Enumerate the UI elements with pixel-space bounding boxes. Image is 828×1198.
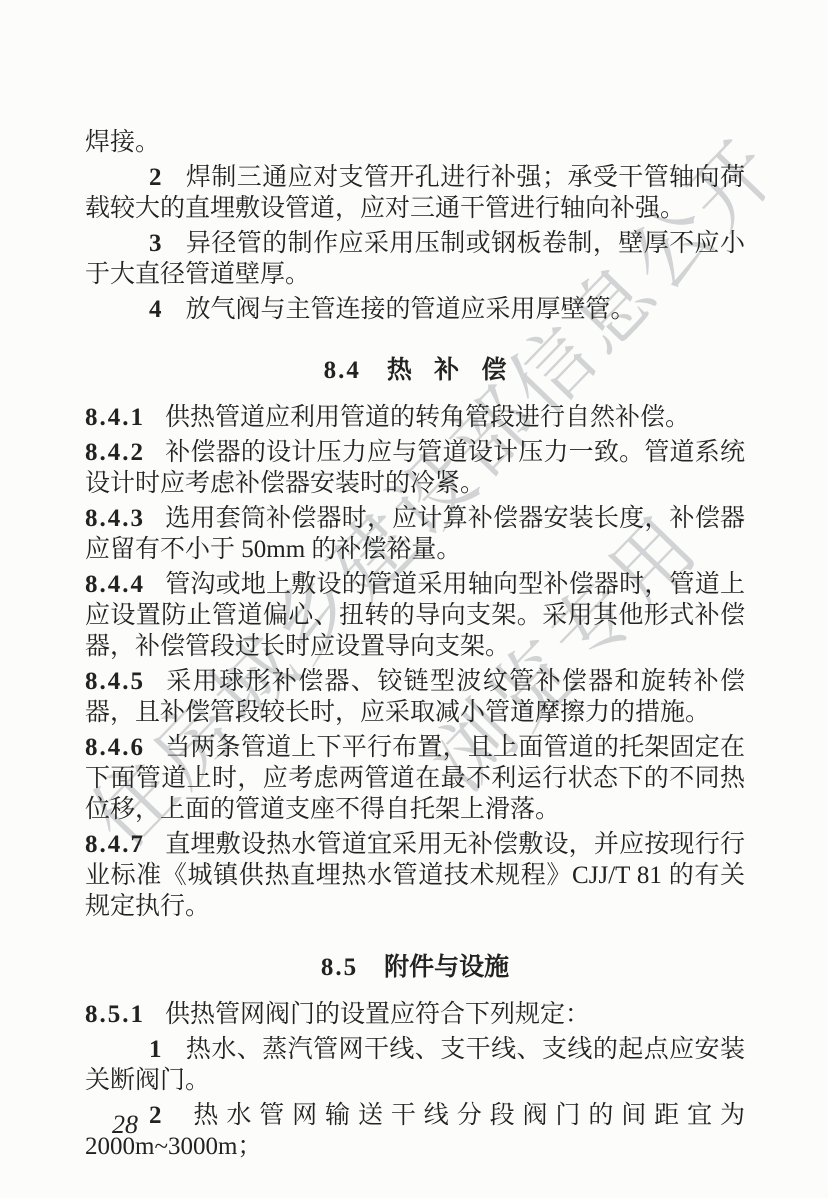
clause-text: 当两条管道上下平行布置，且上面管道的托架固定在下面管道上时，应考虑两管道在最不利… — [85, 734, 745, 823]
page-number: 28 — [112, 1108, 138, 1142]
clause-number: 8.4.2 — [85, 439, 145, 466]
section-heading: 8.4热 补 偿 — [85, 355, 745, 386]
numbered-item: 4放气阀与主管连接的管道应采用厚壁管。 — [85, 294, 745, 325]
document-page: 住房城乡建设部信息公开 浏览专用 焊接。 2焊制三通应对支管开孔进行补强；承受干… — [0, 0, 828, 1198]
clause-number: 8.4.3 — [85, 505, 145, 532]
section-heading: 8.5附件与设施 — [85, 952, 745, 983]
clause-number: 8.4.7 — [85, 831, 145, 858]
item-number: 3 — [149, 230, 162, 257]
item-number: 4 — [149, 296, 162, 323]
section-number: 8.4 — [324, 357, 361, 384]
numbered-item: 2热水管网输送干线分段阀门的间距宜为 2000m~3000m； — [85, 1100, 745, 1162]
clause: 8.4.4管沟或地上敷设的管道采用轴向型补偿器时，管道上应设置防止管道偏心、扭转… — [85, 569, 745, 662]
item-number: 2 — [149, 1102, 162, 1129]
clause: 8.4.7直埋敷设热水管道宜采用无补偿敷设，并应按现行行业标准《城镇供热直埋热水… — [85, 829, 745, 922]
clause: 8.4.3选用套筒补偿器时，应计算补偿器安装长度，补偿器应留有不小于 50mm … — [85, 503, 745, 565]
section-title: 附件与设施 — [384, 954, 509, 981]
paragraph-continuation: 焊接。 — [85, 127, 745, 158]
item-number: 2 — [149, 164, 162, 191]
clause-text: 供热管网阀门的设置应符合下列规定： — [165, 1001, 590, 1028]
clause: 8.4.6当两条管道上下平行布置，且上面管道的托架固定在下面管道上时，应考虑两管… — [85, 732, 745, 825]
clause-text: 补偿器的设计压力应与管道设计压力一致。管道系统设计时应考虑补偿器安装时的冷紧。 — [85, 439, 745, 497]
numbered-item: 3异径管的制作应采用压制或钢板卷制，壁厚不应小于大直径管道壁厚。 — [85, 228, 745, 290]
item-text: 异径管的制作应采用压制或钢板卷制，壁厚不应小于大直径管道壁厚。 — [85, 230, 745, 288]
page-content: 焊接。 2焊制三通应对支管开孔进行补强；承受干管轴向荷载较大的直埋敷设管道，应对… — [85, 127, 745, 1162]
clause: 8.4.1供热管道应利用管道的转角管段进行自然补偿。 — [85, 402, 745, 433]
clause-number: 8.4.1 — [85, 404, 145, 431]
clause-text: 采用球形补偿器、铰链型波纹管补偿器和旋转补偿器，且补偿管段较长时，应采取减小管道… — [85, 668, 745, 726]
section-title: 热 补 偿 — [387, 357, 507, 384]
clause-text: 供热管道应利用管道的转角管段进行自然补偿。 — [165, 404, 690, 431]
item-text: 焊制三通应对支管开孔进行补强；承受干管轴向荷载较大的直埋敷设管道，应对三通干管进… — [85, 164, 745, 222]
clause: 8.5.1供热管网阀门的设置应符合下列规定： — [85, 999, 745, 1030]
item-text: 放气阀与主管连接的管道应采用厚壁管。 — [186, 296, 636, 323]
clause-text: 直埋敷设热水管道宜采用无补偿敷设，并应按现行行业标准《城镇供热直埋热水管道技术规… — [85, 831, 745, 920]
item-text: 热水、蒸汽管网干线、支干线、支线的起点应安装关断阀门。 — [85, 1036, 745, 1094]
numbered-item: 2焊制三通应对支管开孔进行补强；承受干管轴向荷载较大的直埋敷设管道，应对三通干管… — [85, 162, 745, 224]
numbered-item: 1热水、蒸汽管网干线、支干线、支线的起点应安装关断阀门。 — [85, 1034, 745, 1096]
clause-text: 选用套筒补偿器时，应计算补偿器安装长度，补偿器应留有不小于 50mm 的补偿裕量… — [85, 505, 745, 563]
clause: 8.4.5采用球形补偿器、铰链型波纹管补偿器和旋转补偿器，且补偿管段较长时，应采… — [85, 666, 745, 728]
clause-text: 管沟或地上敷设的管道采用轴向型补偿器时，管道上应设置防止管道偏心、扭转的导向支架… — [85, 571, 745, 660]
item-number: 1 — [149, 1036, 162, 1063]
clause-number: 8.4.4 — [85, 571, 145, 598]
clause-number: 8.5.1 — [85, 1001, 145, 1028]
section-number: 8.5 — [321, 954, 358, 981]
clause-number: 8.4.6 — [85, 734, 145, 761]
clause: 8.4.2补偿器的设计压力应与管道设计压力一致。管道系统设计时应考虑补偿器安装时… — [85, 437, 745, 499]
item-text: 热水管网输送干线分段阀门的间距宜为 2000m~3000m； — [85, 1102, 745, 1160]
clause-number: 8.4.5 — [85, 668, 145, 695]
